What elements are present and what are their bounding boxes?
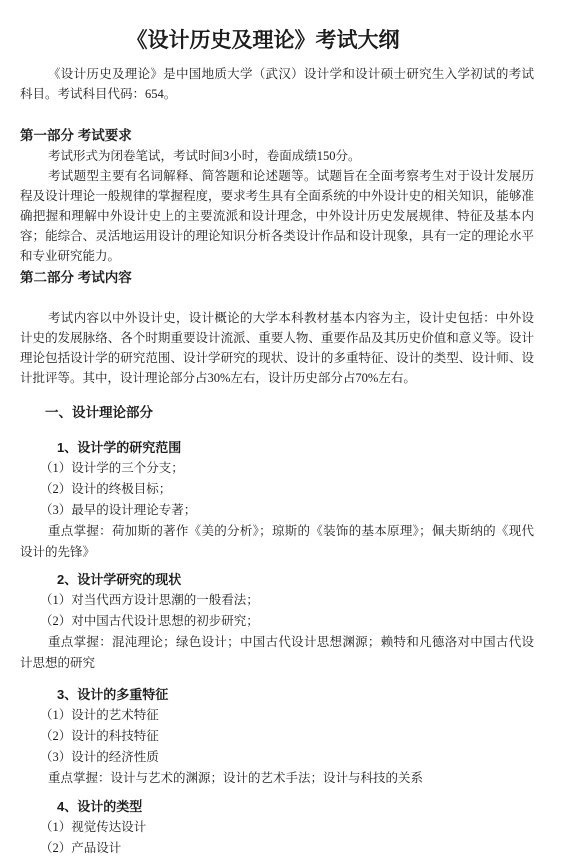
section1-heading: 一、设计理论部分 [45,402,534,423]
part2-paragraph-1: 考试内容以中外设计史，设计概论的大学本科教材基本内容为主，设计史包括：中外设计史… [20,308,534,388]
subsection-1-heading: 1、设计学的研究范围 [57,437,534,458]
document-title: 《设计历史及理论》考试大纲 [20,28,506,54]
list-item: （2）设计的科技特征 [40,726,534,747]
part1-paragraph-2: 考试题型主要有名词解释、简答题和论述题等。试题旨在全面考察考生对于设计发展历程及… [20,166,534,266]
subsection-3: 3、设计的多重特征 （1）设计的艺术特征 （2）设计的科技特征 （3）设计的经济… [20,684,534,789]
subsection-2: 2、设计学研究的现状 （1）对当代西方设计思潮的一般看法； （2）对中国古代设计… [20,569,534,674]
list-item: （2）设计的终极目标； [40,479,534,500]
document-page: 《设计历史及理论》考试大纲 《设计历史及理论》是中国地质大学（武汉）设计学和设计… [0,0,580,868]
list-item: （1）视觉传达设计 [40,817,534,838]
subsection-3-key-points: 重点掌握：设计与艺术的渊源；设计的艺术手法；设计与科技的关系 [20,768,534,789]
list-item: （2）对中国古代设计思想的初步研究； [40,611,534,632]
list-item: （3）最早的设计理论专著； [40,500,534,521]
part1-paragraph-1: 考试形式为闭卷笔试，考试时间3小时，卷面成绩150分。 [20,146,534,166]
intro-paragraph: 《设计历史及理论》是中国地质大学（武汉）设计学和设计硕士研究生入学初试的考试科目… [20,64,534,104]
subsection-3-heading: 3、设计的多重特征 [57,684,534,705]
list-item: （3）设计的经济性质 [40,747,534,768]
list-item: （2）产品设计 [40,838,534,859]
subsection-4: 4、设计的类型 （1）视觉传达设计 （2）产品设计 [20,796,534,859]
list-item: （1）设计的艺术特征 [40,705,534,726]
part2-heading: 第二部分 考试内容 [20,268,534,288]
subsection-2-heading: 2、设计学研究的现状 [57,569,534,590]
part1-heading: 第一部分 考试要求 [20,126,534,146]
subsection-2-key-points: 重点掌握：混沌理论；绿色设计；中国古代设计思想渊源；赖特和凡德洛对中国古代设计思… [20,632,534,674]
list-item: （1）设计学的三个分支； [40,458,534,479]
subsection-4-heading: 4、设计的类型 [57,796,534,817]
list-item: （1）对当代西方设计思潮的一般看法； [40,590,534,611]
subsection-1-key-points: 重点掌握：荷加斯的著作《美的分析》；琼斯的《装饰的基本原理》；佩夫斯纳的《现代设… [20,521,534,563]
subsection-1: 1、设计学的研究范围 （1）设计学的三个分支； （2）设计的终极目标； （3）最… [20,437,534,563]
